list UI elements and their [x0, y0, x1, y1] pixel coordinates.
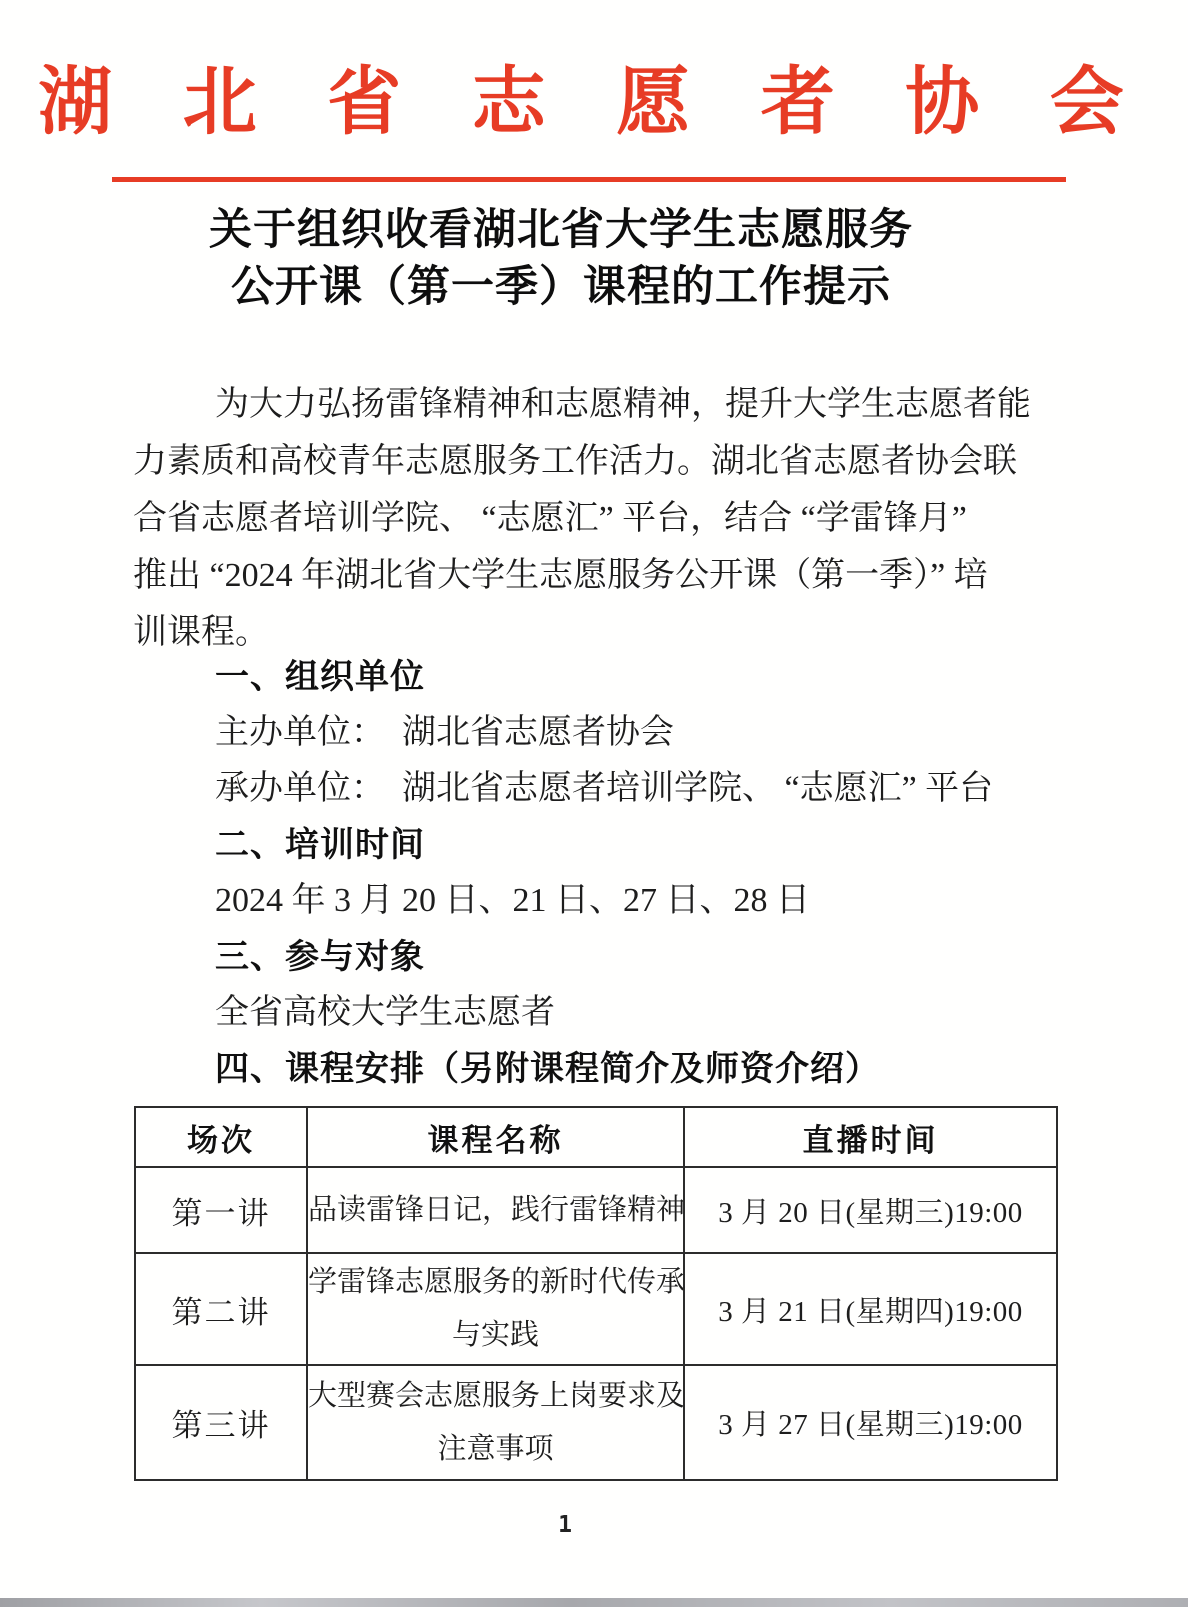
- time-cell: 3 月 20 日(星期三)19:00: [684, 1167, 1057, 1253]
- letterhead-divider-rule: [112, 177, 1066, 182]
- paragraph-line: 推出 “2024 年湖北省大学生志愿服务公开课（第一季）” 培: [133, 547, 1113, 604]
- session-cell: 第三讲: [135, 1365, 307, 1480]
- col-header-session: 场次: [135, 1107, 307, 1167]
- section-heading-1: 一、组织单位: [133, 649, 1113, 705]
- course-line: 品读雷锋日记，践行雷锋精神: [308, 1184, 683, 1237]
- intro-paragraph: 为大力弘扬雷锋精神和志愿精神，提升大学生志愿者能 力素质和高校青年志愿服务工作活…: [133, 376, 1113, 661]
- table-row: 第二讲 学雷锋志愿服务的新时代传承 与实践 3 月 21 日(星期四)19:00: [135, 1253, 1057, 1365]
- col-header-course: 课程名称: [307, 1107, 684, 1167]
- section-text: 2024 年 3 月 20 日、21 日、27 日、28 日: [133, 873, 1113, 929]
- col-header-time: 直播时间: [684, 1107, 1057, 1167]
- document-title: 关于组织收看湖北省大学生志愿服务 公开课（第一季）课程的工作提示: [0, 202, 1188, 316]
- document-title-line-1: 关于组织收看湖北省大学生志愿服务: [0, 202, 1122, 259]
- course-cell: 品读雷锋日记，践行雷锋精神: [307, 1167, 684, 1253]
- org-letterhead: 湖 北 省 志 愿 者 协 会: [0, 0, 1188, 140]
- section-heading-4: 四、课程安排（另附课程简介及师资介绍）: [133, 1041, 1113, 1097]
- section-heading-3: 三、参与对象: [133, 929, 1113, 985]
- paragraph-line: 力素质和高校青年志愿服务工作活力。湖北省志愿者协会联: [133, 433, 1113, 490]
- page-number: 1: [0, 1512, 1130, 1538]
- paragraph-line: 合省志愿者培训学院、 “志愿汇” 平台，结合 “学雷锋月”: [133, 490, 1113, 547]
- session-cell: 第二讲: [135, 1253, 307, 1365]
- table-row: 第三讲 大型赛会志愿服务上岗要求及 注意事项 3 月 27 日(星期三)19:0…: [135, 1365, 1057, 1480]
- course-line: 大型赛会志愿服务上岗要求及: [308, 1370, 683, 1423]
- scanned-document-page: 湖 北 省 志 愿 者 协 会 关于组织收看湖北省大学生志愿服务 公开课（第一季…: [0, 0, 1188, 1607]
- table-header-row: 场次 课程名称 直播时间: [135, 1107, 1057, 1167]
- section-heading-2: 二、培训时间: [133, 817, 1113, 873]
- course-line: 与实践: [308, 1309, 683, 1362]
- document-title-line-2: 公开课（第一季）课程的工作提示: [0, 259, 1122, 316]
- section-text: 主办单位： 湖北省志愿者协会: [133, 705, 1113, 761]
- course-line: 注意事项: [308, 1423, 683, 1476]
- table-row: 第一讲 品读雷锋日记，践行雷锋精神 3 月 20 日(星期三)19:00: [135, 1167, 1057, 1253]
- course-schedule-table: 场次 课程名称 直播时间 第一讲 品读雷锋日记，践行雷锋精神 3 月 20 日(…: [134, 1106, 1058, 1481]
- section-text: 全省高校大学生志愿者: [133, 985, 1113, 1041]
- time-cell: 3 月 27 日(星期三)19:00: [684, 1365, 1057, 1480]
- course-line: 学雷锋志愿服务的新时代传承: [308, 1256, 683, 1309]
- course-cell: 学雷锋志愿服务的新时代传承 与实践: [307, 1253, 684, 1365]
- outline-sections: 一、组织单位 主办单位： 湖北省志愿者协会 承办单位： 湖北省志愿者培训学院、 …: [133, 649, 1113, 1097]
- session-cell: 第一讲: [135, 1167, 307, 1253]
- section-text: 承办单位： 湖北省志愿者培训学院、 “志愿汇” 平台: [133, 761, 1113, 817]
- paragraph-line: 为大力弘扬雷锋精神和志愿精神，提升大学生志愿者能: [133, 376, 1113, 433]
- course-cell: 大型赛会志愿服务上岗要求及 注意事项: [307, 1365, 684, 1480]
- time-cell: 3 月 21 日(星期四)19:00: [684, 1253, 1057, 1365]
- scan-edge-artifact: [0, 1598, 1188, 1607]
